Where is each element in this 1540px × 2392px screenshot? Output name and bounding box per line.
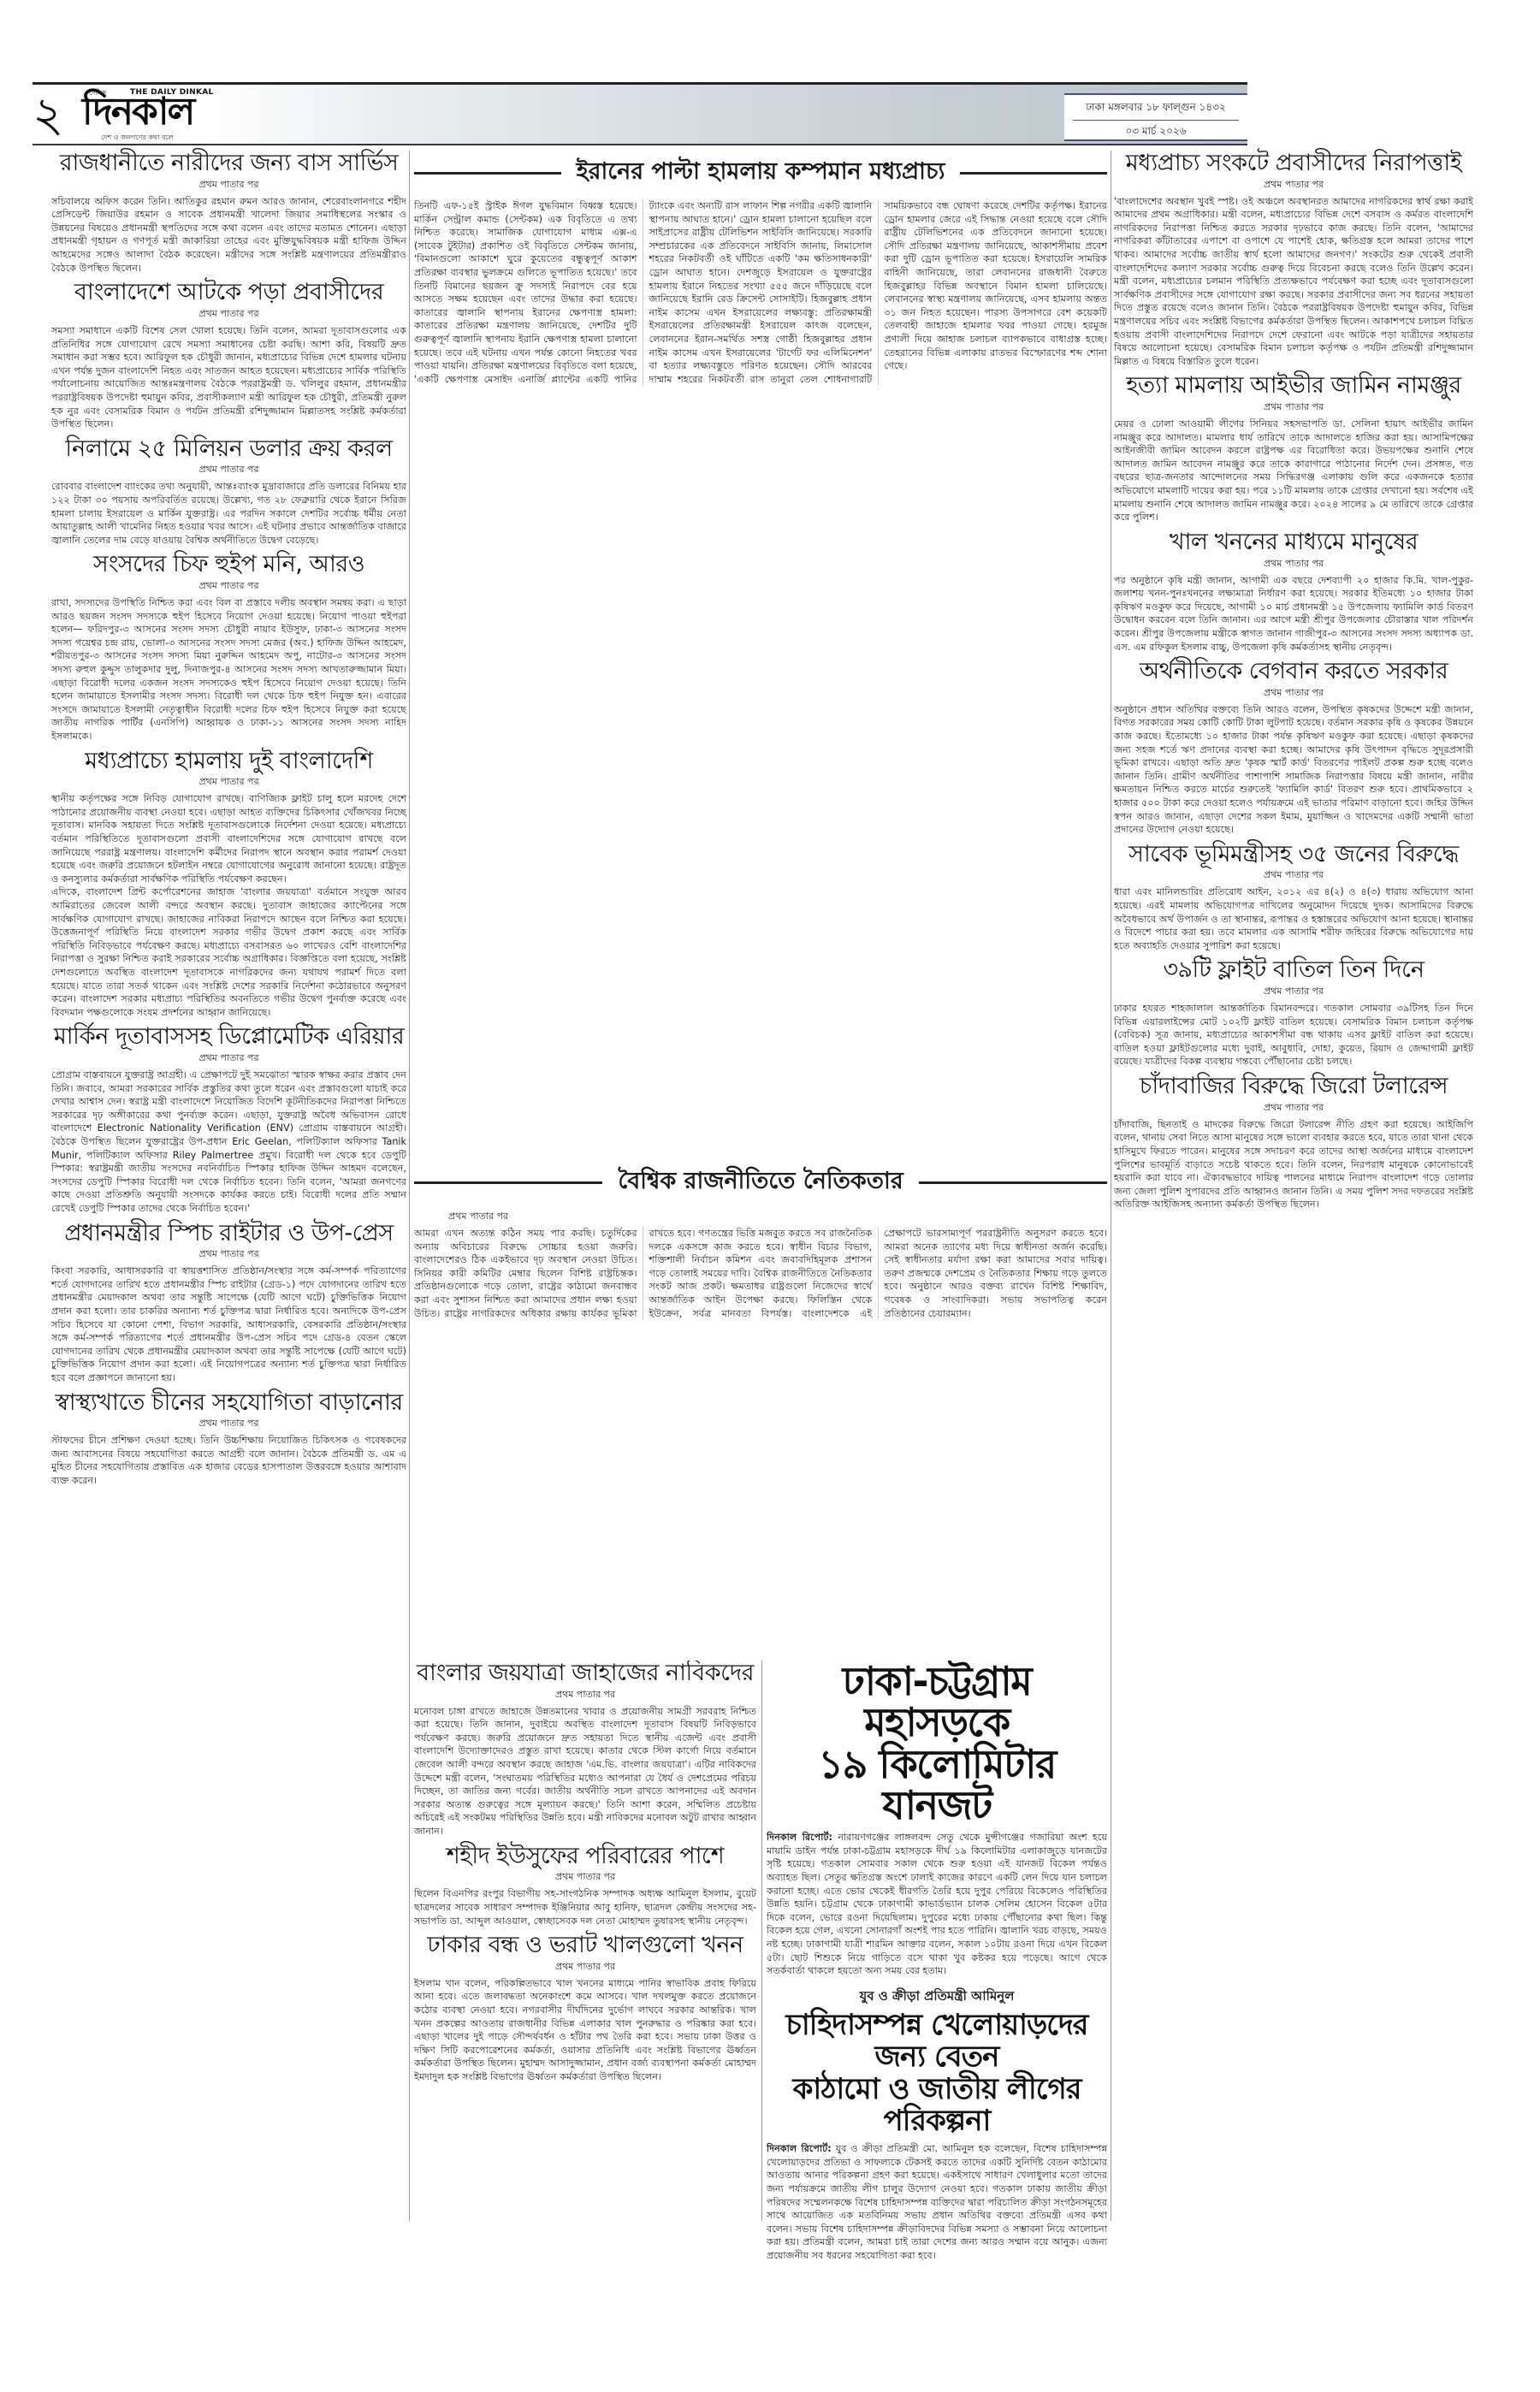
story-body: প্রোগ্রাম বাস্তবায়নে যুক্তরাষ্ট্র আগ্রহ… <box>51 1069 406 1216</box>
column-divider <box>409 151 410 2221</box>
story-speech-writer[interactable]: প্রধানমন্ত্রীর স্পিচ রাইটার ও উপ-প্রেস প… <box>51 1221 406 1385</box>
continued-label: প্রথম পাতার পর <box>51 774 406 790</box>
story-flights-cancelled[interactable]: ৩৯টি ফ্লাইট বাতিল তিন দিনে প্রথম পাতার প… <box>1114 957 1473 1069</box>
story-text: নারায়ণগঞ্জের লাঙ্গলবন্দ সেতু থেকে মুন্স… <box>767 1832 1107 1976</box>
story-diplomatic-area[interactable]: মার্কিন দূতাবাসসহ ডিপ্লোমেটিক এরিয়ার প্… <box>51 1024 406 1215</box>
continued-label: প্রথম পাতার পর <box>414 1209 1107 1225</box>
headline-rule <box>414 1181 602 1184</box>
headline[interactable]: সংসদের চিফ হুইপ মনি, আরও <box>51 552 406 577</box>
continued-label: প্রথম পাতার পর <box>1114 685 1473 702</box>
headline[interactable]: চাঁদাবাজির বিরুদ্ধে জিরো টলারেন্স <box>1114 1074 1473 1099</box>
right-column: মধ্যপ্রাচ্য সংকটে প্রবাসীদের নিরাপত্তাই … <box>1114 151 1473 1217</box>
continued-label: প্রথম পাতার পর <box>51 177 406 193</box>
continued-label: প্রথম পাতার পর <box>1114 984 1473 1000</box>
story-stranded-expats[interactable]: বাংলাদেশে আটকে পড়া প্রবাসীদের প্রথম পাত… <box>51 280 406 430</box>
headline[interactable]: সাবেক ভূমিমন্ত্রীসহ ৩৫ জনের বিরুদ্ধে <box>1114 842 1473 867</box>
story-body: পর অনুষ্ঠানে কৃষি মন্ত্রী জানান, আগামী এ… <box>1114 574 1473 654</box>
continued-label: প্রথম পাতার পর <box>1114 400 1473 416</box>
byline: দিনকাল রিপোর্ট: <box>767 1832 832 1843</box>
story-body: অনুষ্ঠানে প্রধান অতিথির বক্তব্যে তিনি আর… <box>1114 703 1473 837</box>
story-dhaka-canals[interactable]: ঢাকার বন্ধ ও ভরাট খালগুলো খনন প্রথম পাতা… <box>414 1933 756 2083</box>
headline[interactable]: স্বাস্থ্যখাতে চীনের সহযোগিতা বাড়ানোর <box>51 1390 406 1416</box>
story-body: স্টাফদের চীনে প্রশিক্ষণ দেওয়া হচ্ছে। তি… <box>51 1434 406 1487</box>
headline-rule <box>960 172 1107 175</box>
story-zero-tolerance[interactable]: চাঁদাবাজির বিরুদ্ধে জিরো টলারেন্স প্রথম … <box>1114 1074 1473 1211</box>
headline[interactable]: ৩৯টি ফ্লাইট বাতিল তিন দিনে <box>1114 957 1473 983</box>
story-body: স্থানীয় কর্তৃপক্ষের সঙ্গে নিবিড় যোগাযো… <box>51 792 406 885</box>
continued-label: প্রথম পাতার পর <box>51 306 406 323</box>
headline-rule <box>919 1181 1107 1184</box>
story-economy[interactable]: অর্থনীতিকে বেগবান করতে সরকার প্রথম পাতার… <box>1114 659 1473 837</box>
headline[interactable]: বাংলাদেশে আটকে পড়া প্রবাসীদের <box>51 280 406 305</box>
story-body: ধারা এবং মানিলন্ডারিং প্রতিরোধ আইন, ২০১২… <box>1114 885 1473 952</box>
continued-label: প্রথম পাতার পর <box>414 1869 756 1886</box>
center-left-stack: বাংলার জয়যাত্রা জাহাজের নাবিকদের প্রথম … <box>414 1661 756 2392</box>
continued-label: প্রথম পাতার পর <box>1114 177 1473 193</box>
story-expat-safety[interactable]: মধ্যপ্রাচ্য সংকটে প্রবাসীদের নিরাপত্তাই … <box>1114 151 1473 368</box>
left-column: রাজধানীতে নারীদের জন্য বাস সার্ভিস প্রথম… <box>51 151 406 1493</box>
story-body: দিনকাল রিপোর্ট: নারায়ণগঞ্জের লাঙ্গলবন্দ… <box>767 1831 1107 1978</box>
column-divider <box>1111 151 1111 2221</box>
headline[interactable]: ইরানের পাল্টা হামলায় কম্পমান মধ্যপ্রাচ্… <box>577 154 945 192</box>
story-former-land-minister[interactable]: সাবেক ভূমিমন্ত্রীসহ ৩৫ জনের বিরুদ্ধে প্র… <box>1114 842 1473 953</box>
continued-label: প্রথম পাতার পর <box>51 462 406 478</box>
story-dollar-auction[interactable]: নিলামে ২৫ মিলিয়ন ডলার ক্রয় করল প্রথম প… <box>51 436 406 548</box>
story-ship-crew[interactable]: বাংলার জয়যাত্রা জাহাজের নাবিকদের প্রথম … <box>414 1661 756 1838</box>
headline-row: ইরানের পাল্টা হামলায় কম্পমান মধ্যপ্রাচ্… <box>414 154 1107 192</box>
date-bangla: ঢাকা মঙ্গলবার ১৮ ফাল্গুন ১৪৩২ <box>1073 95 1239 121</box>
story-canal-digging[interactable]: খাল খননের মাধ্যমে মানুষের প্রথম পাতার পর… <box>1114 530 1473 654</box>
story-body: 'বাংলাদেশের অবস্থান খুবই স্পষ্ট। ওই অঞ্চ… <box>1114 195 1473 369</box>
story-text: যুব ও ক্রীড়া প্রতিমন্ত্রী মো. আমিনুল হক… <box>767 2143 1107 2261</box>
continued-label: প্রথম পাতার পর <box>51 1416 406 1432</box>
masthead: ২ দৈনিক THE DAILY DINKAL দিনকাল দেশ ও জন… <box>33 82 1247 145</box>
newspaper-logo[interactable]: দৈনিক THE DAILY DINKAL দিনকাল দেশ ও জনগণ… <box>82 88 193 143</box>
byline: দিনকাল রিপোর্ট: <box>767 2143 832 2154</box>
headline[interactable]: শহীদ ইউসুফের পরিবারের পাশে <box>414 1844 756 1869</box>
continued-label: প্রথম পাতার পর <box>51 1246 406 1263</box>
continued-label: প্রথম পাতার পর <box>1114 867 1473 884</box>
story-body: মেয়র ও ঢোলা আওয়ামী লীগের সিনিয়র সহসভা… <box>1114 417 1473 524</box>
continued-label: প্রথম পাতার পর <box>1114 1100 1473 1116</box>
logo-bangla-name: দিনকাল <box>82 93 193 131</box>
headline[interactable]: অর্থনীতিকে বেগবান করতে সরকার <box>1114 659 1473 684</box>
story-body: রাখা, সদস্যদের উপস্থিতি নিশ্চিত করা এবং … <box>51 596 406 743</box>
kicker-headline: যুব ও ক্রীড়া প্রতিমন্ত্রী আমিনুল <box>767 1986 1107 2008</box>
story-body: রোববার বাংলাদেশ ব্যাংকের তথ্য অনুযায়ী, … <box>51 480 406 547</box>
story-special-athletes[interactable]: যুব ও ক্রীড়া প্রতিমন্ত্রী আমিনুল চাহিদা… <box>767 1986 1107 2263</box>
continued-label: প্রথম পাতার পর <box>414 1959 756 1975</box>
headline[interactable]: বৈশ্বিক রাজনীতিতে নৈতিকতার <box>618 1163 903 1202</box>
story-highway-traffic[interactable]: ঢাকা-চট্টগ্রাম মহাসড়কে ১৯ কিলোমিটার যান… <box>767 1661 1107 1978</box>
story-body: মনোবল চাঙ্গা রাখতে জাহাজে উন্নতমানের খাব… <box>414 1705 756 1838</box>
story-body-continued: এদিকে, বাংলাদেশ প্রিন্ট কর্পোরেশনের জাহা… <box>51 885 406 1019</box>
story-body: চাঁদাবাজি, ছিনতাই ও মাদকের বিরুদ্ধে জিরো… <box>1114 1118 1473 1211</box>
headline[interactable]: মার্কিন দূতাবাসসহ ডিপ্লোমেটিক এরিয়ার <box>51 1024 406 1050</box>
story-body: ঢাকার হযরত শাহজালাল আন্তর্জাতিক বিমানবন্… <box>1114 1002 1473 1069</box>
story-women-bus-service[interactable]: রাজধানীতে নারীদের জন্য বাস সার্ভিস প্রথম… <box>51 151 406 275</box>
headline-row: বৈশ্বিক রাজনীতিতে নৈতিকতার <box>414 1163 1107 1202</box>
story-body: কিংবা সরকারি, আধাসরকারি বা স্বায়ত্তশাসি… <box>51 1264 406 1384</box>
story-ivy-bail[interactable]: হত্যা মামলায় আইভীর জামিন নামঞ্জুর প্রথম… <box>1114 373 1473 524</box>
center-right-stack: ঢাকা-চট্টগ্রাম মহাসড়কে ১৯ কিলোমিটার যান… <box>767 1661 1107 2392</box>
headline-rule <box>414 172 561 175</box>
story-two-bangladeshis[interactable]: মধ্যপ্রাচ্যে হামলায় দুই বাংলাদেশি প্রথম… <box>51 749 406 1020</box>
story-body: সমস্যা সমাধানে একটি বিশেষ সেল খোলা হয়েছ… <box>51 324 406 431</box>
story-body: আমরা এখন অত্যন্ত কঠিন সময় পার করছি। চতু… <box>414 1227 1107 1320</box>
headline[interactable]: প্রধানমন্ত্রীর স্পিচ রাইটার ও উপ-প্রেস <box>51 1221 406 1246</box>
continued-label: প্রথম পাতার পর <box>51 1051 406 1067</box>
page-number: ২ <box>33 92 63 139</box>
story-body: তিনটি এফ-১৫ই স্ট্রাইক ঈগল যুদ্ধবিমান বিধ… <box>414 199 1107 386</box>
headline-line-1[interactable]: চাহিদাসম্পন্ন খেলোয়াড়দের জন্য বেতন <box>767 2010 1107 2074</box>
headline[interactable]: খাল খননের মাধ্যমে মানুষের <box>1114 530 1473 555</box>
headline-line-2[interactable]: ১৯ কিলোমিটার যানজট <box>767 1744 1107 1827</box>
logo-tagline: দেশ ও জনগণের কথা বলে <box>101 133 174 144</box>
headline-line-2[interactable]: কাঠামো ও জাতীয় লীগের পরিকল্পনা <box>767 2074 1107 2138</box>
headline[interactable]: বাংলার জয়যাত্রা জাহাজের নাবিকদের <box>414 1661 756 1686</box>
headline[interactable]: মধ্যপ্রাচ্যে হামলায় দুই বাংলাদেশি <box>51 749 406 774</box>
headline[interactable]: মধ্যপ্রাচ্য সংকটে প্রবাসীদের নিরাপত্তাই <box>1114 151 1473 176</box>
headline[interactable]: ঢাকার বন্ধ ও ভরাট খালগুলো খনন <box>414 1933 756 1958</box>
story-body: ছিলেন বিএনপির রংপুর বিভাগীয় সহ-সাংগঠনিক… <box>414 1887 756 1927</box>
story-body: সচিবালয়ে অফিস করেন তিনি। আতিকুর রহমান র… <box>51 195 406 275</box>
center-column: ইরানের পাল্টা হামলায় কম্পমান মধ্যপ্রাচ্… <box>414 151 1107 2375</box>
story-chief-whip[interactable]: সংসদের চিফ হুইপ মনি, আরও প্রথম পাতার পর … <box>51 552 406 743</box>
story-body: দিনকাল রিপোর্ট: যুব ও ক্রীড়া প্রতিমন্ত্… <box>767 2142 1107 2262</box>
continued-label: প্রথম পাতার পর <box>1114 556 1473 572</box>
headline[interactable]: রাজধানীতে নারীদের জন্য বাস সার্ভিস <box>51 151 406 176</box>
continued-label: প্রথম পাতার পর <box>414 1687 756 1703</box>
story-china-health[interactable]: স্বাস্থ্যখাতে চীনের সহযোগিতা বাড়ানোর প্… <box>51 1390 406 1488</box>
story-shaheed-yusuf[interactable]: শহীদ ইউসুফের পরিবারের পাশে প্রথম পাতার প… <box>414 1844 756 1927</box>
headline-line-1[interactable]: ঢাকা-চট্টগ্রাম মহাসড়কে <box>767 1661 1107 1744</box>
continued-label: প্রথম পাতার পর <box>51 578 406 595</box>
story-body: ইসলাম খান বলেন, পরিকল্পিতভাবে খাল খননের … <box>414 1977 756 2084</box>
date-english: ০৩ মার্চ ২০২৬ <box>1064 121 1247 141</box>
story-iran-counterattack[interactable]: ইরানের পাল্টা হামলায় কম্পমান মধ্যপ্রাচ্… <box>414 151 1107 1152</box>
story-global-ethics[interactable]: বৈশ্বিক রাজনীতিতে নৈতিকতার প্রথম পাতার প… <box>414 1160 1107 1656</box>
headline[interactable]: নিলামে ২৫ মিলিয়ন ডলার ক্রয় করল <box>51 436 406 462</box>
headline[interactable]: হত্যা মামলায় আইভীর জামিন নামঞ্জুর <box>1114 373 1473 399</box>
date-box: ঢাকা মঙ্গলবার ১৮ ফাল্গুন ১৪৩২ ০৩ মার্চ ২… <box>1064 93 1247 141</box>
